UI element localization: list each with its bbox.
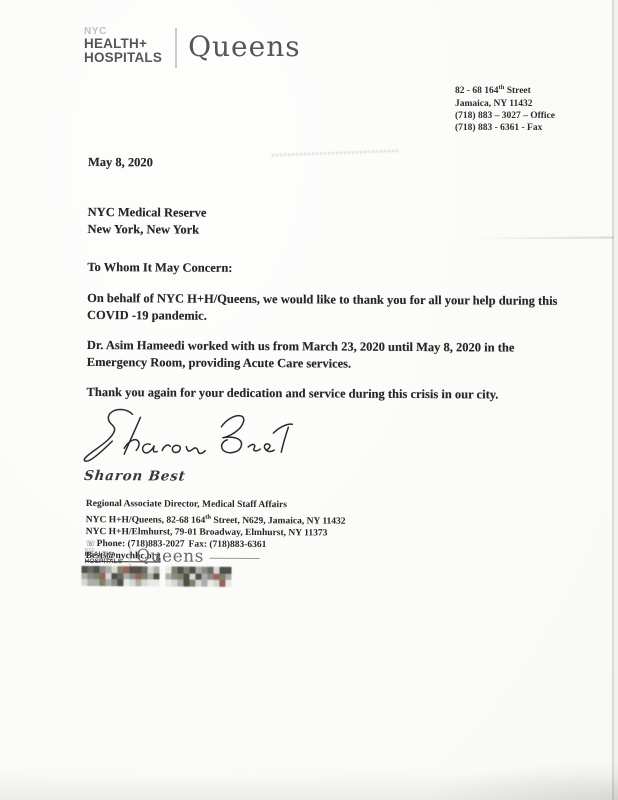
paragraph-closing: Thank you again for your dedication and … <box>87 384 592 404</box>
footer-hospital-logo: NYC HEALTH+ HOSPITALS Queens <box>85 547 260 567</box>
recipient-block: NYC Medical Reserve New York, New York <box>88 204 207 239</box>
footer-logo-org-line2: HOSPITALS <box>85 559 123 566</box>
recipient-line-2: New York, New York <box>88 221 207 239</box>
paragraph-thanks: On behalf of NYC H+H/Queens, we would li… <box>87 290 573 328</box>
letter-date: May 8, 2020 <box>88 155 153 170</box>
salutation: To Whom It May Concern: <box>87 260 232 276</box>
printed-signature-name: Sharon Best <box>83 468 186 485</box>
letter-body: May 8, 2020 NYC Medical Reserve New York… <box>0 0 618 800</box>
footer-logo-text: NYC HEALTH+ HOSPITALS <box>85 547 123 566</box>
paragraph-service-dates: Dr. Asim Hameedi worked with us from Mar… <box>87 337 573 375</box>
pixel-mosaic <box>81 566 231 587</box>
signer-queens-address: NYC H+H/Queens, 82-68 164th Street, N629… <box>86 511 346 528</box>
footer-logo-rule <box>210 558 260 559</box>
handwritten-signature <box>76 403 296 466</box>
footer-facility-name: Queens <box>136 547 204 566</box>
footer-logo-divider <box>129 548 130 566</box>
recipient-line-1: NYC Medical Reserve <box>88 204 207 222</box>
scanned-letter-page: NYC HEALTH+ HOSPITALS Queens 82 - 68 164… <box>0 0 618 800</box>
